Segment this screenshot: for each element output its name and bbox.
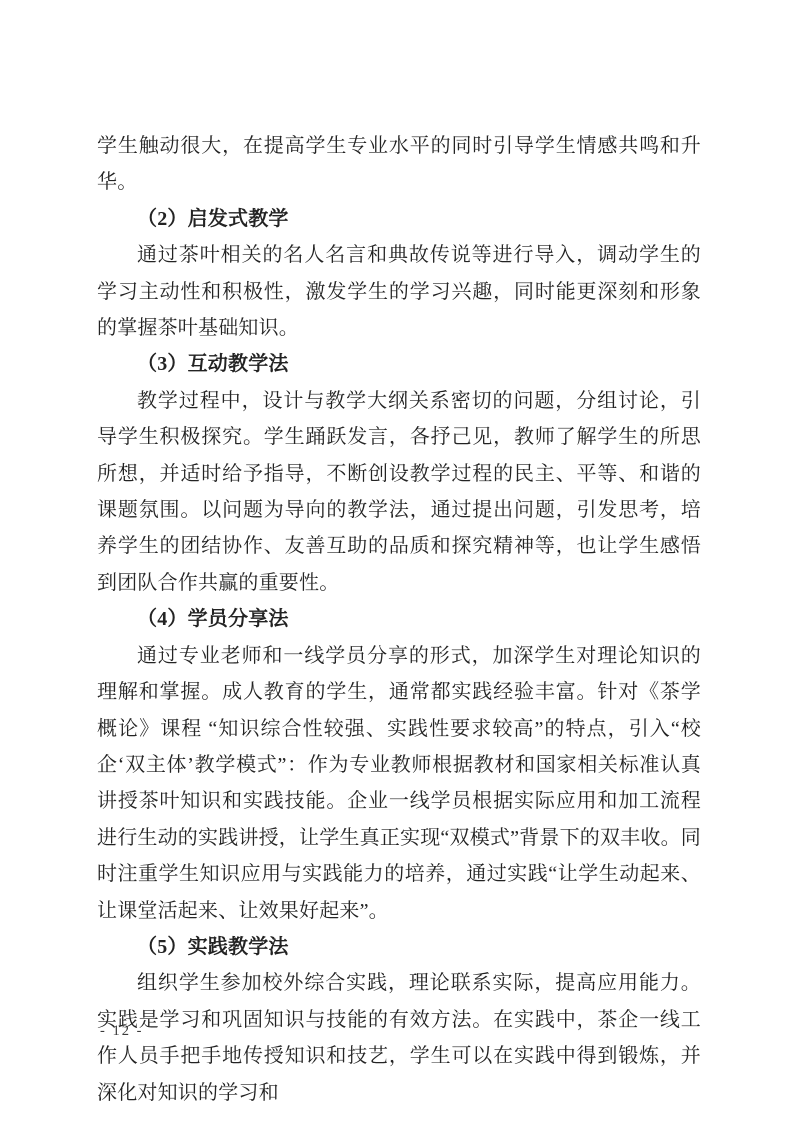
document-page: 学生触动很大，在提高学生专业水平的同时引导学生情感共鸣和升华。 （2）启发式教学…: [0, 0, 794, 1123]
heading-5-shijian-jiaoxuefa: （5）实践教学法: [97, 929, 701, 965]
paragraph-hudong: 教学过程中，设计与教学大纲关系密切的问题，分组讨论，引导学生积极探究。学生踊跃发…: [97, 383, 701, 601]
document-body: 学生触动很大，在提高学生专业水平的同时引导学生情感共鸣和升华。 （2）启发式教学…: [97, 128, 701, 1111]
paragraph-qifashi: 通过茶叶相关的名人名言和典故传说等进行导入，调动学生的学习主动性和积极性，激发学…: [97, 237, 701, 346]
heading-4-xueyuan-fenxiangfa: （4）学员分享法: [97, 601, 701, 637]
paragraph-xueyuan-fenxiang: 通过专业老师和一线学员分享的形式，加深学生对理论知识的理解和掌握。成人教育的学生…: [97, 638, 701, 929]
heading-3-hudong-jiaoxuefa: （3）互动教学法: [97, 346, 701, 382]
paragraph-shijian: 组织学生参加校外综合实践，理论联系实际，提高应用能力。实践是学习和巩固知识与技能…: [97, 965, 701, 1111]
page-number: - 12 -: [100, 1021, 143, 1041]
paragraph-continuation: 学生触动很大，在提高学生专业水平的同时引导学生情感共鸣和升华。: [97, 128, 701, 201]
heading-2-qifashi-jiaoxue: （2）启发式教学: [97, 201, 701, 237]
